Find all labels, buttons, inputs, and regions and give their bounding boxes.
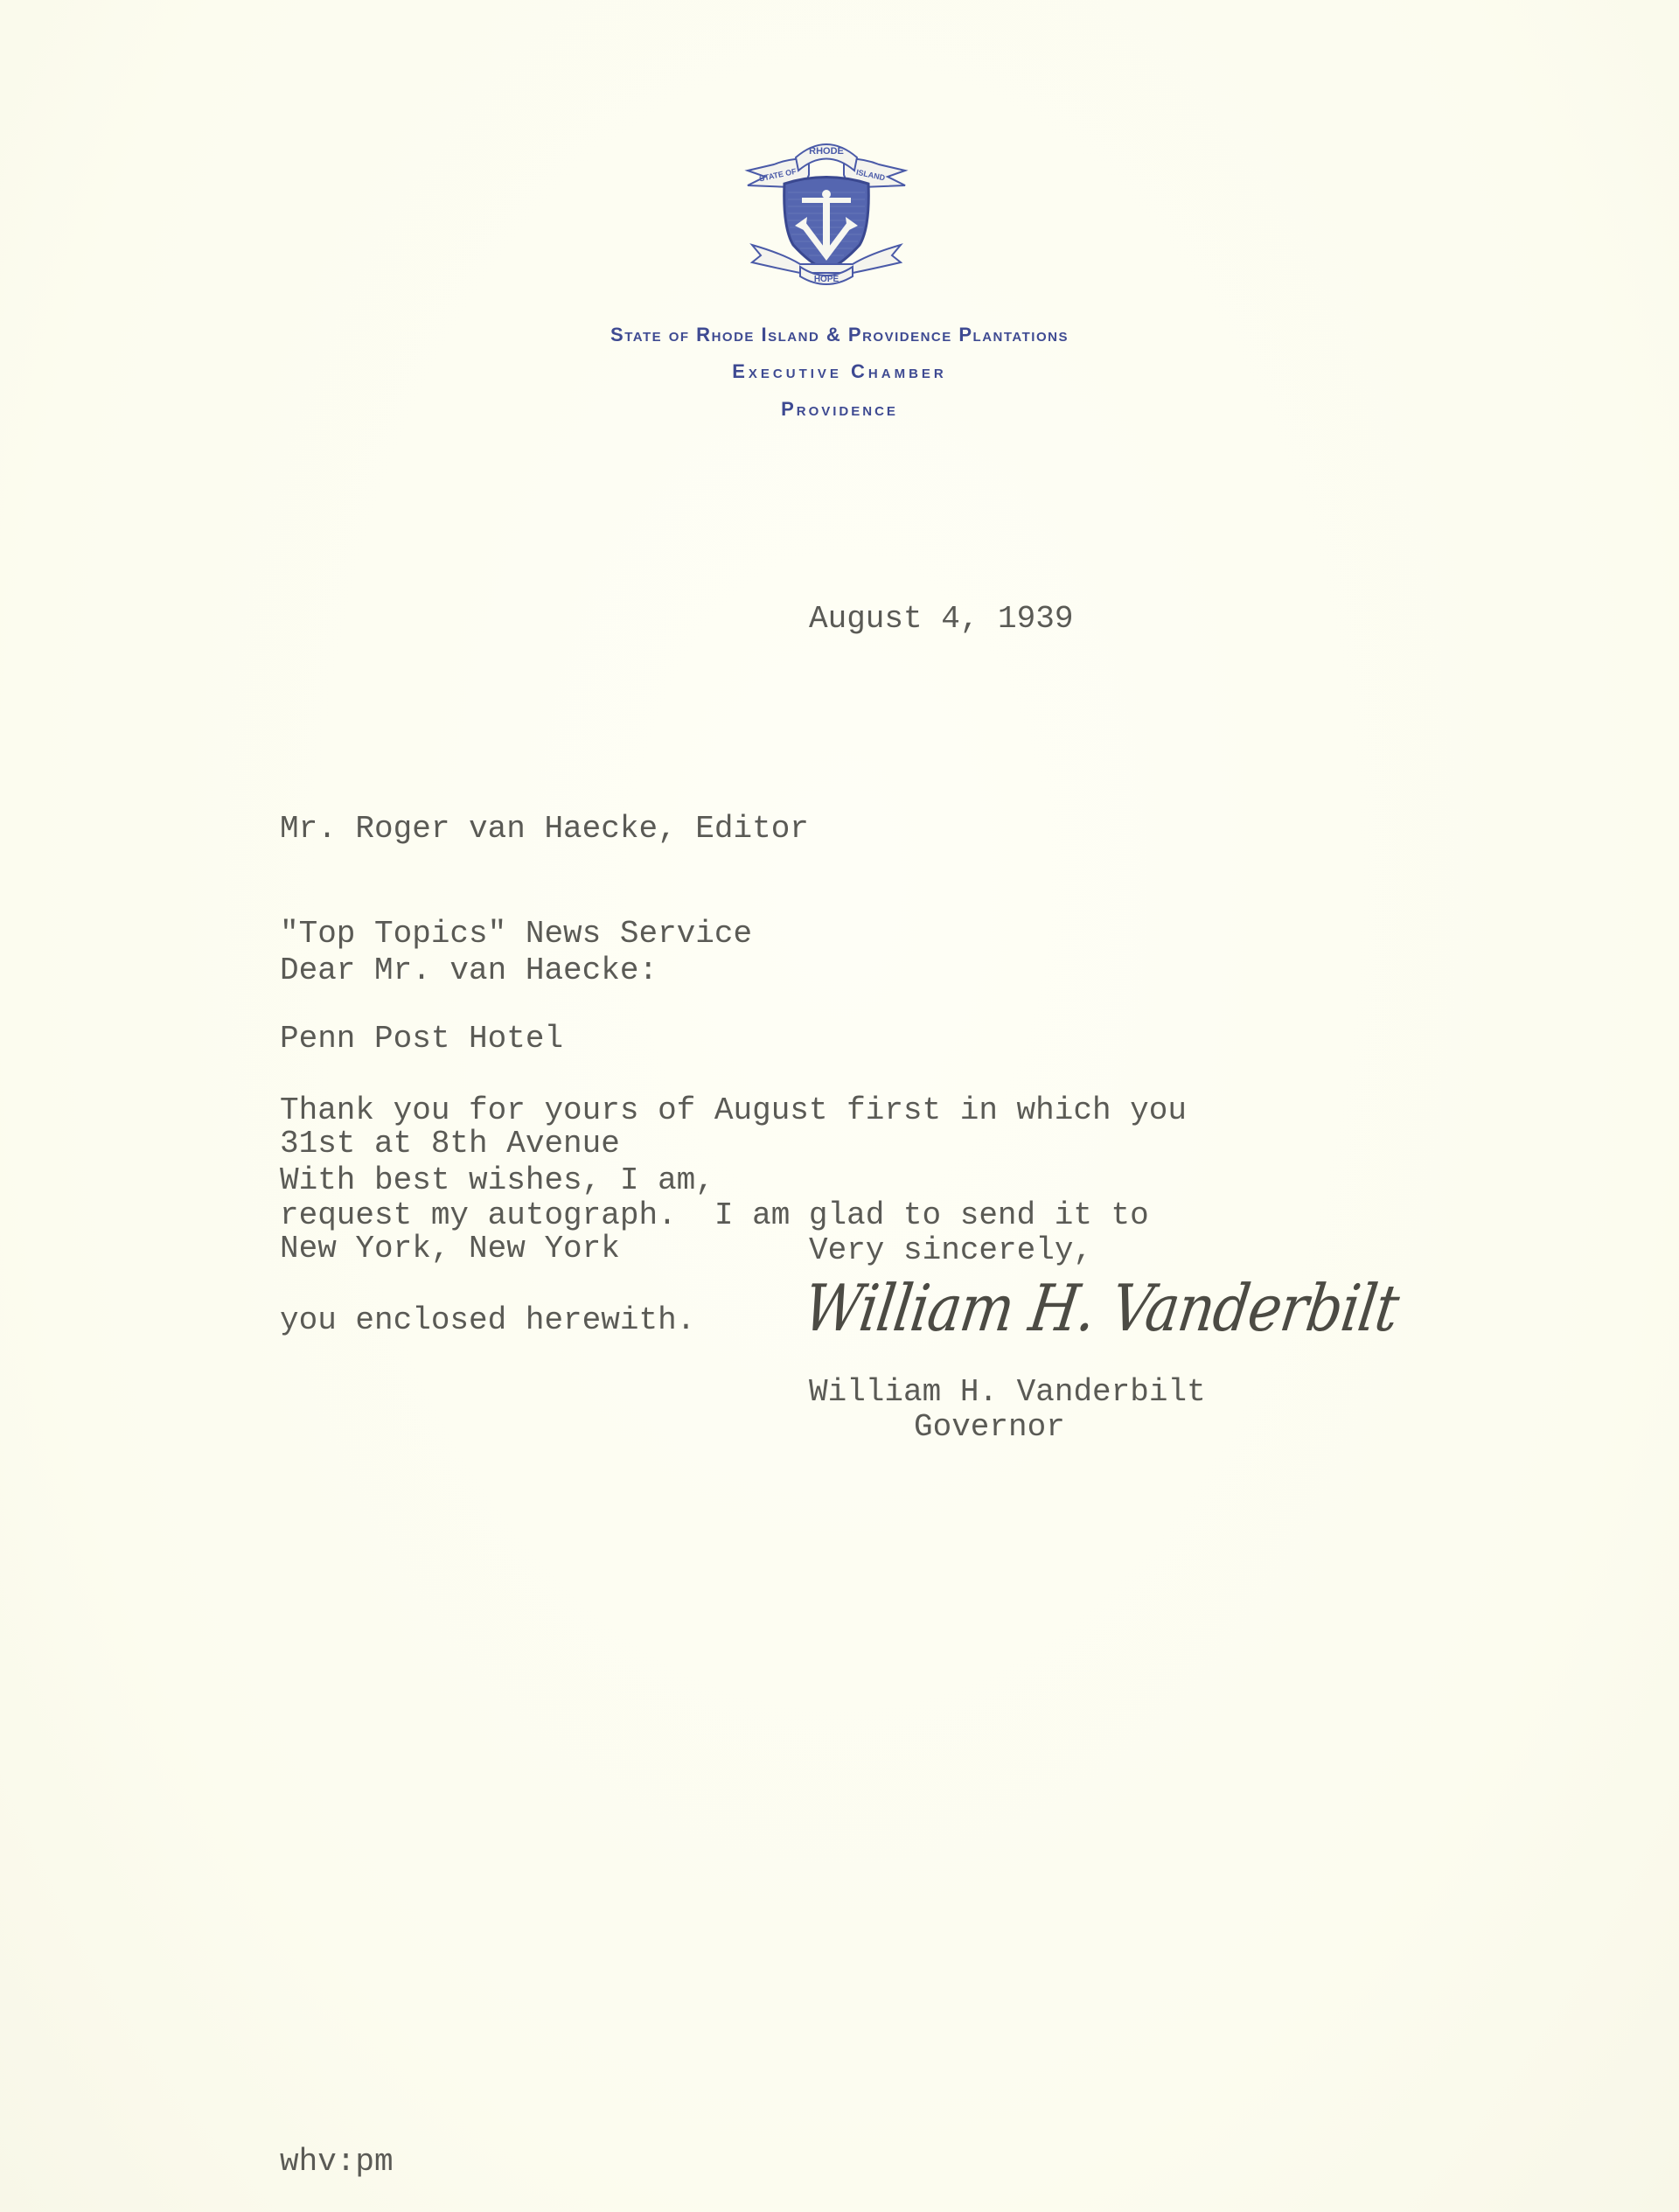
salutation: Dear Mr. van Haecke: xyxy=(280,953,658,988)
letterhead-city: Providence xyxy=(0,398,1679,421)
valediction: Very sincerely, xyxy=(809,1233,1092,1268)
recipient-line: "Top Topics" News Service xyxy=(280,917,809,952)
svg-text:RHODE: RHODE xyxy=(809,146,844,157)
body-line: Thank you for yours of August first in w… xyxy=(280,1093,1187,1128)
signer-name: William H. Vanderbilt xyxy=(809,1375,1206,1410)
letter-date: August 4, 1939 xyxy=(809,602,1073,637)
letterhead-state-name: State of Rhode Island & Providence Plant… xyxy=(0,324,1679,346)
letter-body: Thank you for yours of August first in w… xyxy=(280,1023,1187,1408)
handwritten-signature: William H. Vanderbilt xyxy=(799,1272,1403,1346)
letter-page: RHODE STATE OF ISLAND HOPE State of Rhod… xyxy=(0,0,1679,2212)
body-line: request my autograph. I am glad to send … xyxy=(280,1198,1187,1233)
closing-line: With best wishes, I am, xyxy=(280,1163,714,1198)
reference-initials: whv:pm xyxy=(280,2145,394,2180)
state-seal-anchor-shield-icon: RHODE STATE OF ISLAND HOPE xyxy=(739,122,914,289)
svg-text:HOPE: HOPE xyxy=(814,275,839,284)
recipient-line: Mr. Roger van Haecke, Editor xyxy=(280,812,809,847)
letterhead-office: Executive Chamber xyxy=(0,360,1679,383)
signer-title: Governor xyxy=(914,1410,1065,1445)
